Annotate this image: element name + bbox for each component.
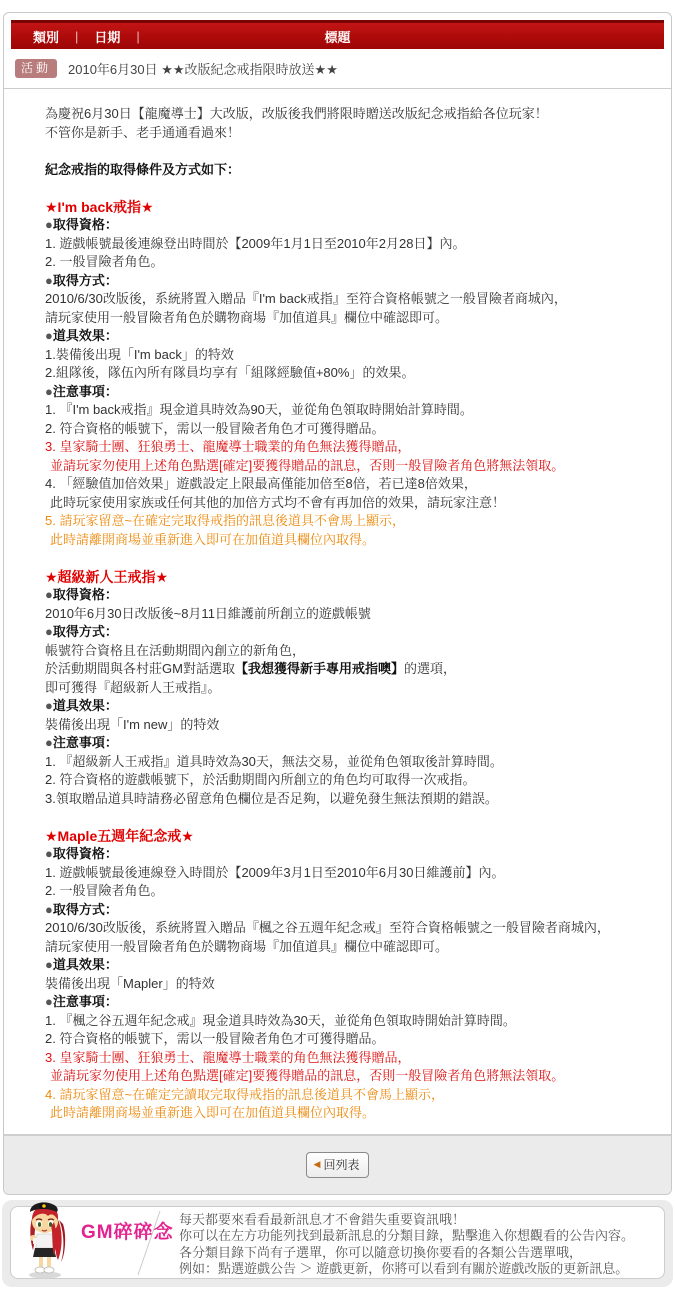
article-line: 為慶祝6月30日【龍魔導士】大改版，改版後我們將限時贈送改版紀念戒指給各位玩家！ [45,105,655,124]
bullet-icon: ● [45,902,53,917]
article-line: 請玩家使用一般冒險者角色於購物商場『加值道具』欄位中確認即可。 [45,938,655,957]
table-header-bar: 類別 | 日期 | 標題 [11,20,664,49]
category-badge: 活動 [15,59,57,78]
bullet-icon: ● [45,957,53,972]
article-line: ●取得方式： [45,272,655,291]
bullet-icon: ● [45,698,53,713]
gm-character-avatar-icon [21,1200,73,1280]
label-text: 道具效果： [53,328,118,343]
gm-tip-line: 例如：點選遊戲公告 ＞ 遊戲更新，你將可以看到有關於遊戲改版的更新訊息。 [179,1261,634,1277]
label-text: 注意事項： [53,384,118,399]
column-header-date: 日期 [94,27,120,46]
gm-tips-inner-box: GM碎碎念 每天都要來看看最新訊息才不會錯失重要資訊哦！你可以在左方功能列找到最… [10,1206,665,1279]
article-line: ●道具效果： [45,956,655,975]
gm-tips-box: GM碎碎念 每天都要來看看最新訊息才不會錯失重要資訊哦！你可以在左方功能列找到最… [2,1200,673,1287]
back-button-label: 回列表 [323,1156,359,1173]
article-body: 為慶祝6月30日【龍魔導士】大改版，改版後我們將限時贈送改版紀念戒指給各位玩家！… [4,89,671,1123]
article-line: 1. 『超級新人王戒指』道具時效為30天，無法交易，並從角色領取後計算時間。 [45,753,655,772]
article-line: 2010/6/30改版後，系統將置入贈品『楓之谷五週年紀念戒』至符合資格帳號之一… [45,919,655,938]
gm-tip-line: 各分類目錄下尚有子選單，你可以隨意切換你要看的各類公告選單哦， [179,1245,634,1261]
bullet-icon: ● [45,846,53,861]
back-to-list-button[interactable]: ◀ 回列表 [306,1152,370,1178]
label-text: 注意事項： [53,994,118,1009]
article-line: 裝備後出現「Mapler」的特效 [45,975,655,994]
article-line: 3. 皇家騎士團、狂狼勇士、龍魔導士職業的角色無法獲得贈品， [45,1049,655,1068]
announcement-title: 2010年6月30日 ★★改版紀念戒指限時放送★★ [68,59,338,78]
article-line: 5. 請玩家留意~在確定完取得戒指的訊息後道具不會馬上顯示， [45,512,655,531]
label-text: 取得方式： [53,902,118,917]
emphasized-text: 【我想獲得新手專用戒指噢】 [235,661,404,676]
article-line: ●取得資格： [45,586,655,605]
article-line: 此時玩家使用家族或任何其他的加倍方式均不會有再加倍的效果，請玩家注意！ [45,494,655,513]
section-heading: ★超級新人王戒指★ [45,568,655,587]
blank-line [45,549,655,568]
column-header-category: 類別 [33,27,59,46]
article-line: ●注意事項： [45,383,655,402]
section-heading: ★Maple五週年紀念戒★ [45,827,655,846]
article-line: 2010年6月30日改版後~8月11日維護前所創立的遊戲帳號 [45,605,655,624]
bullet-icon: ● [45,384,53,399]
label-text: 道具效果： [53,698,118,713]
blank-line [45,808,655,827]
bottom-button-strip: ◀ 回列表 [4,1134,671,1194]
article-line: ●注意事項： [45,993,655,1012]
article-line: 並請玩家勿使用上述角色點選[確定]要獲得贈品的訊息，否則一般冒險者角色將無法領取… [45,457,655,476]
article-line: ●道具效果： [45,327,655,346]
announcement-title-row: 活動 2010年6月30日 ★★改版紀念戒指限時放送★★ [4,49,671,89]
article-line: ●注意事項： [45,734,655,753]
article-line: 3. 皇家騎士團、狂狼勇士、龍魔導士職業的角色無法獲得贈品， [45,438,655,457]
header-separator: | [75,29,78,44]
article-line: 2. 一般冒險者角色。 [45,882,655,901]
article-line: 2.組隊後，隊伍內所有隊員均享有「組隊經驗值+80%」的效果。 [45,364,655,383]
blank-line [45,142,655,161]
article-line: ●取得資格： [45,216,655,235]
text-segment: 的選項， [404,661,456,676]
gm-tip-line: 你可以在左方功能列找到最新訊息的分類目錄，點擊進入你想觀看的公告內容。 [179,1228,634,1244]
blank-line [45,179,655,198]
article-line: 於活動期間與各村莊GM對話選取【我想獲得新手專用戒指噢】的選項， [45,660,655,679]
article-line: 即可獲得『超級新人王戒指』。 [45,679,655,698]
label-text: 取得方式： [53,624,118,639]
article-line: 1. 『楓之谷五週年紀念戒』現金道具時效為30天，並從角色領取時開始計算時間。 [45,1012,655,1031]
article-line: 1. 遊戲帳號最後連線登入時間於【2009年3月1日至2010年6月30日維護前… [45,864,655,883]
bullet-icon: ● [45,735,53,750]
article-line: 請玩家使用一般冒險者角色於購物商場『加值道具』欄位中確認即可。 [45,309,655,328]
article-line: 2. 一般冒險者角色。 [45,253,655,272]
article-line: 2. 符合資格的遊戲帳號下，於活動期間內所創立的角色均可取得一次戒指。 [45,771,655,790]
label-text: 取得資格： [53,217,118,232]
bullet-icon: ● [45,273,53,288]
bullet-icon: ● [45,328,53,343]
article-line: 1. 『I'm back戒指』現金道具時效為90天，並從角色領取時開始計算時間。 [45,401,655,420]
article-line: 2. 符合資格的帳號下，需以一般冒險者角色才可獲得贈品。 [45,1030,655,1049]
article-line: 1. 遊戲帳號最後連線登出時間於【2009年1月1日至2010年2月28日】內。 [45,235,655,254]
label-text: 取得資格： [53,846,118,861]
article-line: ●取得方式： [45,623,655,642]
article-line: 此時請離開商場並重新進入即可在加值道具欄位內取得。 [45,1104,655,1123]
gm-tips-text: 每天都要來看看最新訊息才不會錯失重要資訊哦！你可以在左方功能列找到最新訊息的分類… [179,1212,634,1278]
article-line: 4. 「經驗值加倍效果」遊戲設定上限最高僅能加倍至8倍，若已達8倍效果， [45,475,655,494]
article-line: 紀念戒指的取得條件及方式如下： [45,161,655,180]
label-text: 取得方式： [53,273,118,288]
bullet-icon: ● [45,217,53,232]
article-line: 此時請離開商場並重新進入即可在加值道具欄位內取得。 [45,531,655,550]
section-heading: ★I'm back戒指★ [45,198,655,217]
article-line: 2. 符合資格的帳號下，需以一般冒險者角色才可獲得贈品。 [45,420,655,439]
text-segment: 於活動期間與各村莊GM對話選取 [45,661,235,676]
header-separator: | [136,29,139,44]
article-line: 帳號符合資格且在活動期間內創立的新角色， [45,642,655,661]
diagonal-divider [133,1209,165,1277]
article-line: ●道具效果： [45,697,655,716]
bullet-icon: ● [45,994,53,1009]
announcement-panel: 類別 | 日期 | 標題 活動 2010年6月30日 ★★改版紀念戒指限時放送★… [3,12,672,1195]
article-line: 並請玩家勿使用上述角色點選[確定]要獲得贈品的訊息，否則一般冒險者角色將無法領取… [45,1067,655,1086]
panel-header-wrap: 類別 | 日期 | 標題 [4,13,671,49]
article-line: 不管你是新手、老手通通看過來！ [45,124,655,143]
article-line: 1.裝備後出現「I'm back」的特效 [45,346,655,365]
bullet-icon: ● [45,624,53,639]
article-line: 4. 請玩家留意~在確定完讀取完取得戒指的訊息後道具不會馬上顯示， [45,1086,655,1105]
gm-tip-line: 每天都要來看看最新訊息才不會錯失重要資訊哦！ [179,1212,634,1228]
bullet-icon: ● [45,587,53,602]
article-line: ●取得方式： [45,901,655,920]
label-text: 取得資格： [53,587,118,602]
article-line: 裝備後出現「I'm new」的特效 [45,716,655,735]
label-text: 注意事項： [53,735,118,750]
label-text: 道具效果： [53,957,118,972]
article-line: 3.領取贈品道具時請務必留意角色欄位是否足夠，以避免發生無法預期的錯誤。 [45,790,655,809]
column-header-title: 標題 [324,27,350,46]
article-line: ●取得資格： [45,845,655,864]
left-arrow-icon: ◀ [314,1160,321,1169]
article-line: 2010/6/30改版後，系統將置入贈品『I'm back戒指』至符合資格帳號之… [45,290,655,309]
